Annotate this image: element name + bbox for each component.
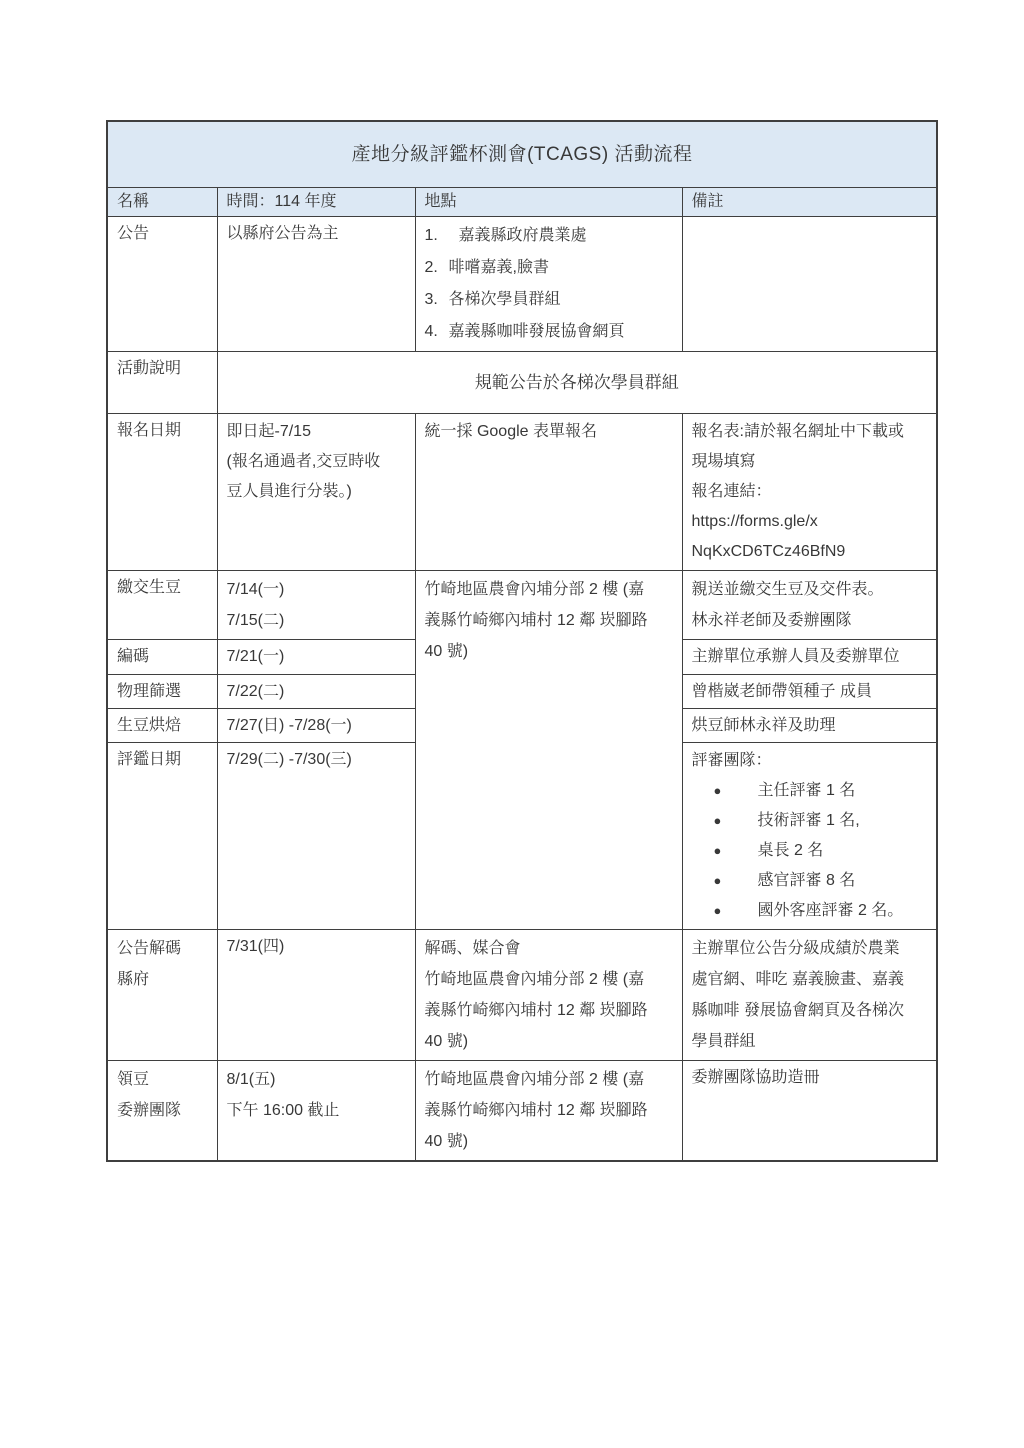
signup-url-line1: https://forms.gle/x bbox=[692, 507, 928, 537]
title-row: 產地分級評鑑杯測會(TCAGS) 活動流程 bbox=[107, 121, 937, 187]
pickup-location-cell: 竹崎地區農會內埔分部 2 樓 (嘉 義縣竹崎鄉內埔村 12 鄰 崁腳路 40 號… bbox=[415, 1060, 682, 1161]
text-line: 義縣竹崎鄉內埔村 12 鄰 崁腳路 bbox=[425, 605, 673, 636]
activity-name-cell: 活動說明 bbox=[107, 351, 217, 413]
text-line: 竹崎地區農會內埔分部 2 樓 (嘉 bbox=[425, 1064, 673, 1095]
decode-location-cell: 解碼、媒合會 竹崎地區農會內埔分部 2 樓 (嘉 義縣竹崎鄉內埔村 12 鄰 崁… bbox=[415, 929, 682, 1060]
bullet-list-item: ●國外客座評審 2 名。 bbox=[692, 896, 928, 926]
text-line: 解碼、媒合會 bbox=[425, 933, 673, 964]
row-decode-announcement: 公告解碼 縣府 7/31(四) 解碼、媒合會 竹崎地區農會內埔分部 2 樓 (嘉… bbox=[107, 929, 937, 1060]
text-line: 40 號) bbox=[425, 1126, 673, 1157]
submit-name-cell: 繳交生豆 bbox=[107, 570, 217, 639]
text-line: 公告解碼 bbox=[117, 933, 208, 964]
roasting-time-cell: 7/27(日) -7/28(一) bbox=[217, 708, 415, 742]
decode-note-cell: 主辦單位公告分級成績於農業 處官網、啡吃 嘉義臉畫、嘉義 縣咖啡 發展協會網頁及… bbox=[682, 929, 937, 1060]
col-header-location: 地點 bbox=[415, 187, 682, 216]
text-line: 竹崎地區農會內埔分部 2 樓 (嘉 bbox=[425, 964, 673, 995]
signup-location-cell: 統一採 Google 表單報名 bbox=[415, 413, 682, 570]
text-line: 40 號) bbox=[425, 1026, 673, 1057]
bullet-icon: ● bbox=[714, 896, 758, 926]
judge-team-title: 評審團隊： bbox=[692, 746, 928, 776]
pickup-time-cell: 8/1(五) 下午 16:00 截止 bbox=[217, 1060, 415, 1161]
header-row: 名稱 時間：114 年度 地點 備註 bbox=[107, 187, 937, 216]
row-submit-beans: 繳交生豆 7/14(一) 7/15(二) 竹崎地區農會內埔分部 2 樓 (嘉 義… bbox=[107, 570, 937, 639]
text-line: 領豆 bbox=[117, 1064, 208, 1095]
list-number: 4. bbox=[425, 316, 449, 348]
signup-name-cell: 報名日期 bbox=[107, 413, 217, 570]
text-line: 40 號) bbox=[425, 636, 673, 667]
row-activity-description: 活動說明 規範公告於各梯次學員群組 bbox=[107, 351, 937, 413]
text-line: 7/15(二) bbox=[227, 605, 406, 636]
text-line: 竹崎地區農會內埔分部 2 樓 (嘉 bbox=[425, 574, 673, 605]
physical-note-cell: 曾楷崴老師帶領種子 成員 bbox=[682, 674, 937, 708]
text-line: 義縣竹崎鄉內埔村 12 鄰 崁腳路 bbox=[425, 995, 673, 1026]
physical-name-cell: 物理篩選 bbox=[107, 674, 217, 708]
decode-time-cell: 7/31(四) bbox=[217, 929, 415, 1060]
table-title: 產地分級評鑑杯測會(TCAGS) 活動流程 bbox=[107, 121, 937, 187]
judging-note-cell: 評審團隊： ●主任評審 1 名 ●技術評審 1 名, ●桌長 2 名 ●感官評審… bbox=[682, 742, 937, 929]
list-text: 嘉義縣政府農業處 bbox=[459, 220, 587, 252]
activity-schedule-table: 產地分級評鑑杯測會(TCAGS) 活動流程 名稱 時間：114 年度 地點 備註… bbox=[106, 120, 938, 1162]
list-number: 1. bbox=[425, 220, 459, 252]
text-line: 下午 16:00 截止 bbox=[227, 1095, 406, 1126]
numbered-list-item: 1.嘉義縣政府農業處 bbox=[425, 220, 673, 252]
row-announcement: 公告 以縣府公告為主 1.嘉義縣政府農業處 2.啡嚐嘉義,臉書 3.各梯次學員群… bbox=[107, 216, 937, 351]
text-line: 豆人員進行分裝。) bbox=[227, 477, 406, 507]
row-signup-date: 報名日期 即日起-7/15 (報名通過者,交豆時收 豆人員進行分裝。) 統一採 … bbox=[107, 413, 937, 570]
bullet-list-item: ●感官評審 8 名 bbox=[692, 866, 928, 896]
submit-note-cell: 親送並繳交生豆及交件表。 林永祥老師及委辦團隊 bbox=[682, 570, 937, 639]
list-text: 啡嚐嘉義,臉書 bbox=[449, 252, 549, 284]
text-line: 現場填寫 bbox=[692, 447, 928, 477]
announce-name-cell: 公告 bbox=[107, 216, 217, 351]
bullet-list-item: ●技術評審 1 名, bbox=[692, 806, 928, 836]
col-header-name: 名稱 bbox=[107, 187, 217, 216]
text-line: 主辦單位公告分級成績於農業 bbox=[692, 933, 928, 964]
bullet-icon: ● bbox=[714, 806, 758, 836]
list-number: 2. bbox=[425, 252, 449, 284]
coding-note-cell: 主辦單位承辦人員及委辦單位 bbox=[682, 639, 937, 674]
judging-name-cell: 評鑑日期 bbox=[107, 742, 217, 929]
col-header-time: 時間：114 年度 bbox=[217, 187, 415, 216]
activity-desc-cell: 規範公告於各梯次學員群組 bbox=[217, 351, 937, 413]
numbered-list-item: 2.啡嚐嘉義,臉書 bbox=[425, 252, 673, 284]
announce-time-cell: 以縣府公告為主 bbox=[217, 216, 415, 351]
roasting-name-cell: 生豆烘焙 bbox=[107, 708, 217, 742]
text-line: 林永祥老師及委辦團隊 bbox=[692, 605, 928, 636]
numbered-list-item: 4.嘉義縣咖啡發展協會網頁 bbox=[425, 316, 673, 348]
bullet-text: 技術評審 1 名, bbox=[758, 806, 860, 836]
bullet-text: 主任評審 1 名 bbox=[758, 776, 856, 806]
coding-time-cell: 7/21(一) bbox=[217, 639, 415, 674]
text-line: 義縣竹崎鄉內埔村 12 鄰 崁腳路 bbox=[425, 1095, 673, 1126]
bullet-text: 桌長 2 名 bbox=[758, 836, 824, 866]
text-line: 即日起-7/15 bbox=[227, 417, 406, 447]
text-line: 處官網、啡吃 嘉義臉畫、嘉義 bbox=[692, 964, 928, 995]
col-header-note: 備註 bbox=[682, 187, 937, 216]
bullet-list-item: ●桌長 2 名 bbox=[692, 836, 928, 866]
text-line: 委辦團隊 bbox=[117, 1095, 208, 1126]
list-text: 嘉義縣咖啡發展協會網頁 bbox=[449, 316, 625, 348]
bullet-text: 國外客座評審 2 名。 bbox=[758, 896, 904, 926]
text-line: (報名通過者,交豆時收 bbox=[227, 447, 406, 477]
text-line: 7/14(一) bbox=[227, 574, 406, 605]
list-text: 各梯次學員群組 bbox=[449, 284, 561, 316]
submit-time-cell: 7/14(一) 7/15(二) bbox=[217, 570, 415, 639]
text-line: 報名表:請於報名網址中下載或 bbox=[692, 417, 928, 447]
bullet-icon: ● bbox=[714, 866, 758, 896]
signup-url-line2: NqKxCD6TCz46BfN9 bbox=[692, 537, 928, 567]
bullet-icon: ● bbox=[714, 776, 758, 806]
signup-note-cell: 報名表:請於報名網址中下載或 現場填寫 報名連結： https://forms.… bbox=[682, 413, 937, 570]
text-line: 報名連結： bbox=[692, 477, 928, 507]
physical-time-cell: 7/22(二) bbox=[217, 674, 415, 708]
judging-time-cell: 7/29(二) -7/30(三) bbox=[217, 742, 415, 929]
document-page: 產地分級評鑑杯測會(TCAGS) 活動流程 名稱 時間：114 年度 地點 備註… bbox=[0, 0, 1024, 1448]
announce-location-cell: 1.嘉義縣政府農業處 2.啡嚐嘉義,臉書 3.各梯次學員群組 4.嘉義縣咖啡發展… bbox=[415, 216, 682, 351]
bullet-list-item: ●主任評審 1 名 bbox=[692, 776, 928, 806]
shared-location-cell: 竹崎地區農會內埔分部 2 樓 (嘉 義縣竹崎鄉內埔村 12 鄰 崁腳路 40 號… bbox=[415, 570, 682, 929]
bullet-icon: ● bbox=[714, 836, 758, 866]
text-line: 縣府 bbox=[117, 964, 208, 995]
pickup-note-cell: 委辦團隊協助造冊 bbox=[682, 1060, 937, 1161]
text-line: 親送並繳交生豆及交件表。 bbox=[692, 574, 928, 605]
list-number: 3. bbox=[425, 284, 449, 316]
coding-name-cell: 編碼 bbox=[107, 639, 217, 674]
text-line: 統一採 Google 表單報名 bbox=[425, 417, 673, 447]
announce-note-cell bbox=[682, 216, 937, 351]
numbered-list-item: 3.各梯次學員群組 bbox=[425, 284, 673, 316]
text-line: 縣咖啡 發展協會網頁及各梯次 bbox=[692, 995, 928, 1026]
row-bean-pickup: 領豆 委辦團隊 8/1(五) 下午 16:00 截止 竹崎地區農會內埔分部 2 … bbox=[107, 1060, 937, 1161]
signup-time-cell: 即日起-7/15 (報名通過者,交豆時收 豆人員進行分裝。) bbox=[217, 413, 415, 570]
text-line: 學員群組 bbox=[692, 1026, 928, 1057]
roasting-note-cell: 烘豆師林永祥及助理 bbox=[682, 708, 937, 742]
pickup-name-cell: 領豆 委辦團隊 bbox=[107, 1060, 217, 1161]
text-line: 8/1(五) bbox=[227, 1064, 406, 1095]
bullet-text: 感官評審 8 名 bbox=[758, 866, 856, 896]
decode-name-cell: 公告解碼 縣府 bbox=[107, 929, 217, 1060]
